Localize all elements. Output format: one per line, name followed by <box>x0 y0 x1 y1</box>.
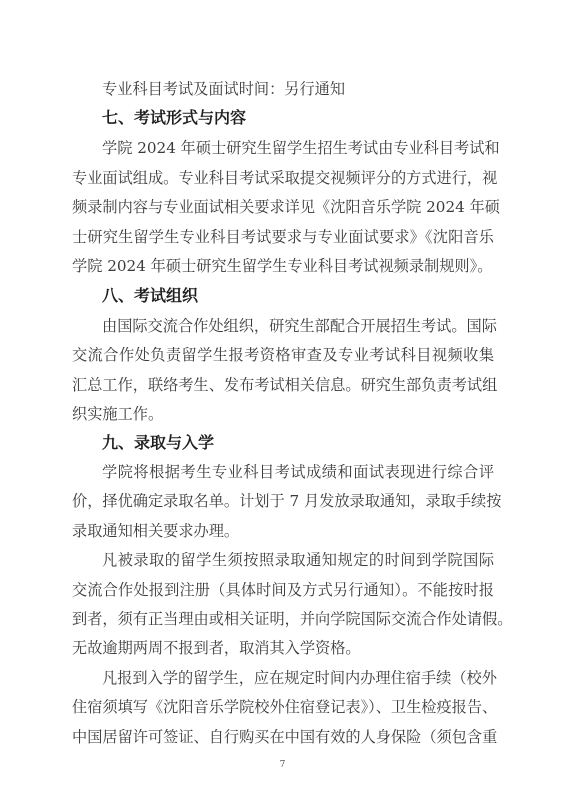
paragraph-line: 织实施工作。 <box>72 403 494 425</box>
section-heading-exam-format: 七、考试形式与内容 <box>102 106 246 130</box>
paragraph-line: 录取通知相关要求办理。 <box>72 520 494 542</box>
exam-time-line: 专业科目考试及面试时间：另行通知 <box>102 78 494 100</box>
paragraph-line: 住宿须填写《沈阳音乐学院校外住宿登记表》）、卫生检疫报告、 <box>72 696 494 718</box>
paragraph-line: 汇总工作，联络考生、发布考试相关信息。研究生部负责考试组 <box>72 374 494 396</box>
paragraph-line: 中国居留许可签证、自行购买在中国有效的人身保险（须包含重 <box>72 726 494 748</box>
paragraph-line: 交流合作处负责留学生报考资格审查及专业考试科目视频收集 <box>72 344 494 366</box>
paragraph-line: 频录制内容与专业面试相关要求详见《沈阳音乐学院 2024 年硕 <box>72 196 494 218</box>
page-number: 7 <box>0 760 565 770</box>
section-heading-exam-organization: 八、考试组织 <box>102 284 198 308</box>
paragraph-line: 专业面试组成。专业科目考试采取提交视频评分的方式进行，视 <box>72 167 494 189</box>
paragraph-line: 学院 2024 年硕士研究生留学生专业科目考试视频录制规则》。 <box>72 255 494 277</box>
paragraph-line: 士研究生留学生专业科目考试要求与专业面试要求》《沈阳音乐 <box>72 226 494 248</box>
paragraph-line: 交流合作处报到注册（具体时间及方式另行通知）。不能按时报 <box>72 579 494 601</box>
paragraph-line: 到者，须有正当理由或相关证明，并向学院国际交流合作处请假。 <box>72 608 494 630</box>
paragraph-line: 无故逾期两周不报到者，取消其入学资格。 <box>72 637 494 659</box>
paragraph-line: 价，择优确定录取名单。计划于 7 月发放录取通知，录取手续按 <box>72 490 494 512</box>
section-heading-admission: 九、录取与入学 <box>102 431 214 455</box>
paragraph-line: 凡被录取的留学生须按照录取通知规定的时间到学院国际 <box>102 549 494 571</box>
paragraph-line: 学院将根据考生专业科目考试成绩和面试表现进行综合评 <box>102 461 494 483</box>
paragraph-line: 凡报到入学的留学生，应在规定时间内办理住宿手续（校外 <box>102 667 494 689</box>
paragraph-line: 由国际交流合作处组织，研究生部配合开展招生考试。国际 <box>102 315 494 337</box>
paragraph-line: 学院 2024 年硕士研究生留学生招生考试由专业科目考试和 <box>102 137 494 159</box>
document-page: 专业科目考试及面试时间：另行通知 七、考试形式与内容 学院 2024 年硕士研究… <box>0 0 565 800</box>
